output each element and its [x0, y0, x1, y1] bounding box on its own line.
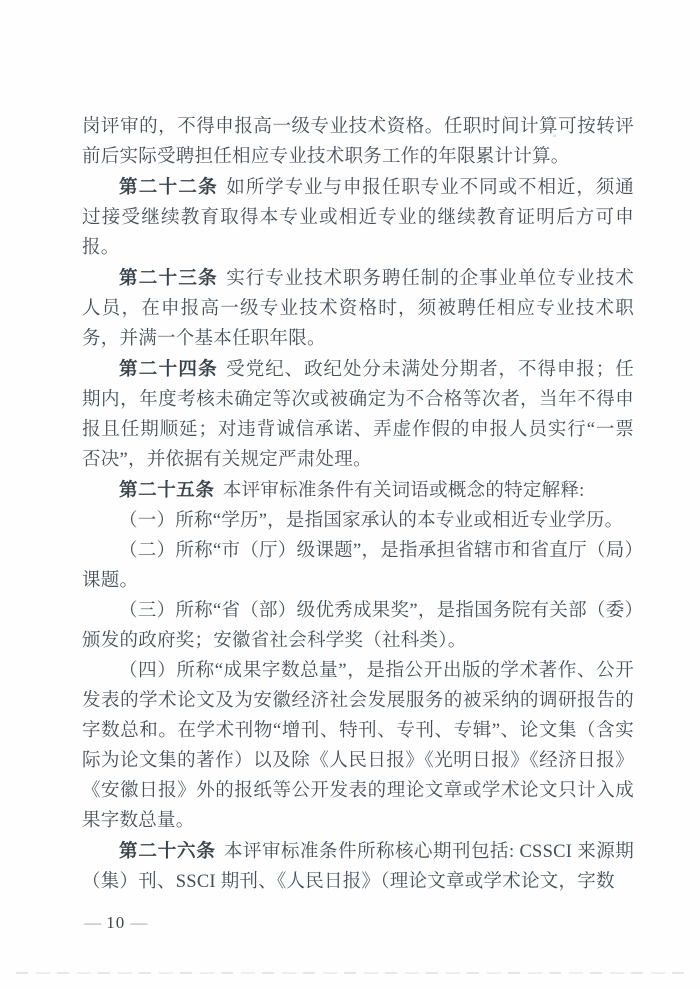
page-number-right-dash: — [131, 913, 148, 932]
scan-artifact-line [16, 972, 686, 974]
paragraph-text: （三）所称“省（部）级优秀成果奖”，是指国务院有关部（委）颁发的政府奖；安徽省社… [82, 601, 634, 651]
article-number: 第二十三条 [119, 267, 218, 288]
paragraph-text: （一）所称“学历”，是指国家承认的本专业或相近专业学历。 [119, 511, 623, 531]
paragraph: 第二十三条实行专业技术职务聘任制的企事业单位专业技术人员，在申报高一级专业技术资… [82, 263, 634, 354]
paragraph-text: （四）所称“成果字数总量”，是指公开出版的学术著作、公开发表的学术论文及为安徽经… [82, 661, 634, 831]
paragraph: 第二十四条受党纪、政纪处分未满处分期者，不得申报；任期内，年度考核未确定等次或被… [82, 354, 634, 475]
paragraph: （二）所称“市（厅）级课题”，是指承担省辖市和省直厅（局）课题。 [82, 536, 634, 596]
scanned-document-page: 岗评审的，不得申报高一级专业技术资格。任职时间计算可按转评前后实际受聘担任相应专… [0, 0, 700, 989]
scan-artifact-speck [396, 124, 400, 126]
paragraph: 第二十二条如所学专业与申报任职专业不同或不相近，须通过接受继续教育取得本专业或相… [82, 172, 634, 263]
scan-artifact-speck [553, 135, 556, 137]
page-number-left-dash: — [84, 913, 101, 932]
paragraph: 第二十六条本评审标准条件所称核心期刊包括: CSSCI 来源期（集）刊、SSCI… [82, 836, 634, 897]
paragraph: 第二十五条本评审标准条件有关词语或概念的特定解释: [82, 475, 634, 506]
article-number: 第二十五条 [119, 479, 215, 500]
paragraph: （一）所称“学历”，是指国家承认的本专业或相近专业学历。 [82, 506, 634, 536]
page-number-value: 10 [106, 913, 125, 932]
paragraph-text: 岗评审的，不得申报高一级专业技术资格。任职时间计算可按转评前后实际受聘担任相应专… [82, 117, 634, 167]
article-number: 第二十四条 [119, 358, 218, 379]
paragraph: （四）所称“成果字数总量”，是指公开出版的学术著作、公开发表的学术论文及为安徽经… [82, 656, 634, 836]
article-number: 第二十六条 [119, 840, 216, 861]
document-body: 岗评审的，不得申报高一级专业技术资格。任职时间计算可按转评前后实际受聘担任相应专… [82, 112, 634, 897]
paragraph-text: 本评审标准条件有关词语或概念的特定解释: [223, 481, 585, 501]
page-number: — 10 — [84, 912, 148, 934]
paragraph: 岗评审的，不得申报高一级专业技术资格。任职时间计算可按转评前后实际受聘担任相应专… [82, 112, 634, 172]
paragraph: （三）所称“省（部）级优秀成果奖”，是指国务院有关部（委）颁发的政府奖；安徽省社… [82, 596, 634, 656]
article-number: 第二十二条 [119, 176, 218, 197]
paragraph-text: （二）所称“市（厅）级课题”，是指承担省辖市和省直厅（局）课题。 [82, 541, 634, 591]
